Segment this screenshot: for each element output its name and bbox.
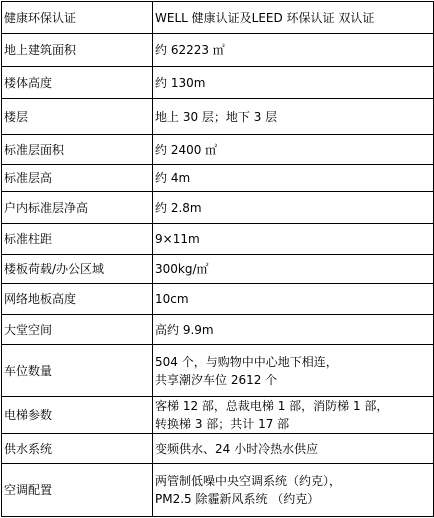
table-row: 楼层地上 30 层；地下 3 层	[2, 99, 434, 135]
spec-value-line: 9×11m	[155, 230, 433, 248]
spec-label: 空调配置	[2, 464, 153, 517]
spec-value: 10cm	[153, 284, 434, 315]
spec-value: 客梯 12 部，总裁电梯 1 部，消防梯 1 部，转换梯 3 部；共计 17 部	[153, 397, 434, 434]
spec-value: 300kg/㎡	[153, 255, 434, 284]
spec-value: 地上 30 层；地下 3 层	[153, 99, 434, 135]
spec-value-line: 高约 9.9m	[155, 321, 433, 339]
spec-value: 9×11m	[153, 224, 434, 255]
spec-value-line: 共享潮汐车位 2612 个	[155, 371, 433, 389]
table-row: 户内标准层净高约 2.8m	[2, 192, 434, 224]
table-row: 空调配置两管制低噪中央空调系统（约克），PM2.5 除霾新风系统 （约克）	[2, 464, 434, 517]
spec-label: 健康环保认证	[2, 2, 153, 34]
spec-value: 约 2.8m	[153, 192, 434, 224]
spec-label: 地上建筑面积	[2, 34, 153, 67]
spec-label: 供水系统	[2, 434, 153, 464]
spec-label: 楼板荷载/办公区域	[2, 255, 153, 284]
spec-value: WELL 健康认证及LEED 环保认证 双认证	[153, 2, 434, 34]
spec-value-line: 约 62223 ㎡	[155, 41, 433, 59]
spec-label: 标准层高	[2, 165, 153, 192]
spec-label: 标准柱距	[2, 224, 153, 255]
building-spec-table: 健康环保认证WELL 健康认证及LEED 环保认证 双认证地上建筑面积约 622…	[1, 1, 434, 517]
spec-table-body: 健康环保认证WELL 健康认证及LEED 环保认证 双认证地上建筑面积约 622…	[2, 2, 434, 517]
spec-value-line: 客梯 12 部，总裁电梯 1 部，消防梯 1 部，	[155, 397, 433, 415]
spec-value-line: 504 个，与购物中中心地下相连，	[155, 353, 433, 371]
spec-value-line: 约 2400 ㎡	[155, 141, 433, 159]
table-row: 大堂空间高约 9.9m	[2, 315, 434, 345]
table-row: 健康环保认证WELL 健康认证及LEED 环保认证 双认证	[2, 2, 434, 34]
spec-value: 高约 9.9m	[153, 315, 434, 345]
spec-label: 楼体高度	[2, 67, 153, 99]
table-row: 电梯参数客梯 12 部，总裁电梯 1 部，消防梯 1 部，转换梯 3 部；共计 …	[2, 397, 434, 434]
spec-label: 楼层	[2, 99, 153, 135]
spec-label: 电梯参数	[2, 397, 153, 434]
spec-label: 标准层面积	[2, 135, 153, 165]
table-row: 楼板荷载/办公区域300kg/㎡	[2, 255, 434, 284]
spec-value: 约 130m	[153, 67, 434, 99]
spec-value: 两管制低噪中央空调系统（约克），PM2.5 除霾新风系统 （约克）	[153, 464, 434, 517]
spec-value-line: 两管制低噪中央空调系统（约克），	[155, 472, 433, 490]
spec-value-line: 地上 30 层；地下 3 层	[155, 108, 433, 126]
spec-label: 车位数量	[2, 345, 153, 397]
spec-value: 约 2400 ㎡	[153, 135, 434, 165]
spec-label: 网络地板高度	[2, 284, 153, 315]
spec-value: 约 62223 ㎡	[153, 34, 434, 67]
table-row: 楼体高度约 130m	[2, 67, 434, 99]
spec-label: 户内标准层净高	[2, 192, 153, 224]
spec-value: 约 4m	[153, 165, 434, 192]
spec-value: 504 个，与购物中中心地下相连，共享潮汐车位 2612 个	[153, 345, 434, 397]
spec-value-line: 300kg/㎡	[155, 260, 433, 278]
table-row: 标准层高约 4m	[2, 165, 434, 192]
spec-value-line: WELL 健康认证及LEED 环保认证 双认证	[155, 9, 433, 27]
table-row: 地上建筑面积约 62223 ㎡	[2, 34, 434, 67]
spec-value-line: 10cm	[155, 290, 433, 308]
spec-value-line: 变频供水、24 小时冷热水供应	[155, 440, 433, 458]
spec-value-line: 约 130m	[155, 74, 433, 92]
table-row: 标准层面积约 2400 ㎡	[2, 135, 434, 165]
spec-value-line: 约 4m	[155, 169, 433, 187]
table-row: 网络地板高度10cm	[2, 284, 434, 315]
spec-value-line: 转换梯 3 部；共计 17 部	[155, 415, 433, 433]
spec-value-line: PM2.5 除霾新风系统 （约克）	[155, 490, 433, 508]
spec-label: 大堂空间	[2, 315, 153, 345]
spec-value-line: 约 2.8m	[155, 199, 433, 217]
table-row: 供水系统变频供水、24 小时冷热水供应	[2, 434, 434, 464]
table-row: 标准柱距9×11m	[2, 224, 434, 255]
spec-value: 变频供水、24 小时冷热水供应	[153, 434, 434, 464]
table-row: 车位数量504 个，与购物中中心地下相连，共享潮汐车位 2612 个	[2, 345, 434, 397]
